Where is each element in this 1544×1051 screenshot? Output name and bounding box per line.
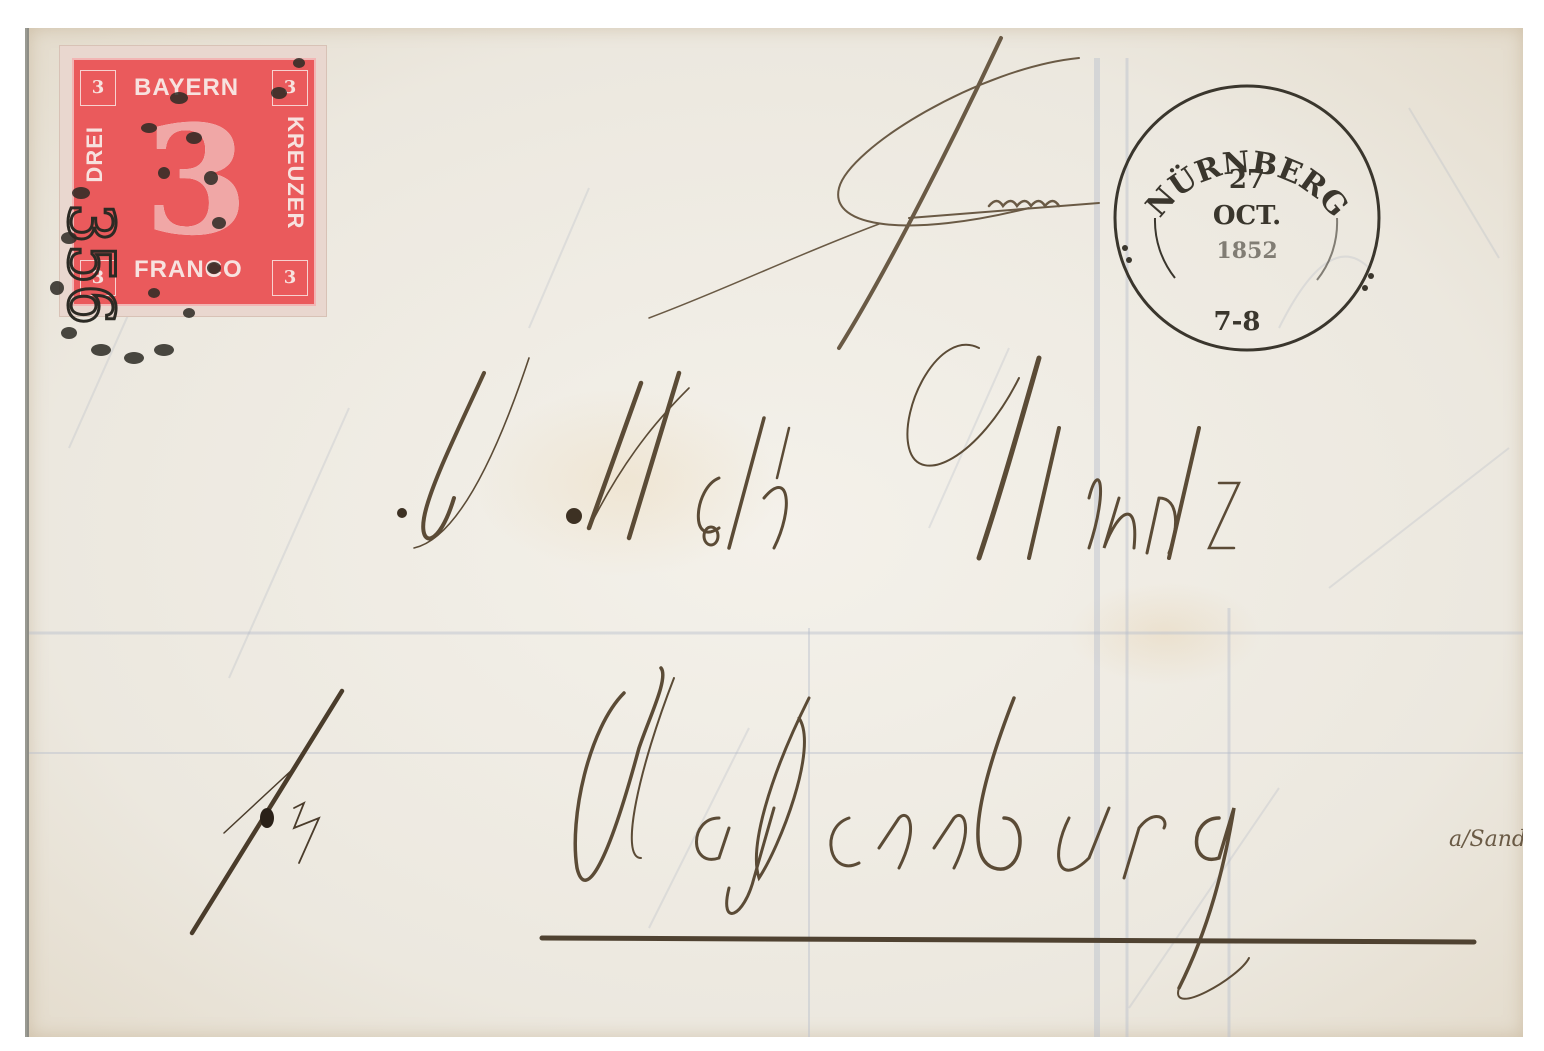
stamp-left-label: DREI	[82, 126, 108, 183]
stamp-design: 3 3 3 3 BAYERN DREI KREUZER FRANCO 3	[72, 58, 316, 306]
postal-cover: 3 3 3 3 BAYERN DREI KREUZER FRANCO 3 356	[27, 28, 1523, 1037]
stamp-right-label: KREUZER	[282, 116, 308, 229]
bavaria-3-kreuzer-stamp: 3 3 3 3 BAYERN DREI KREUZER FRANCO 3	[60, 46, 326, 316]
stamp-corner-numeral: 3	[80, 70, 116, 106]
stamp-corner-numeral: 3	[272, 260, 308, 296]
stamp-denomination: 3	[144, 106, 248, 256]
stamp-corner-numeral: 3	[272, 70, 308, 106]
stamp-corner-numeral: 3	[80, 260, 116, 296]
